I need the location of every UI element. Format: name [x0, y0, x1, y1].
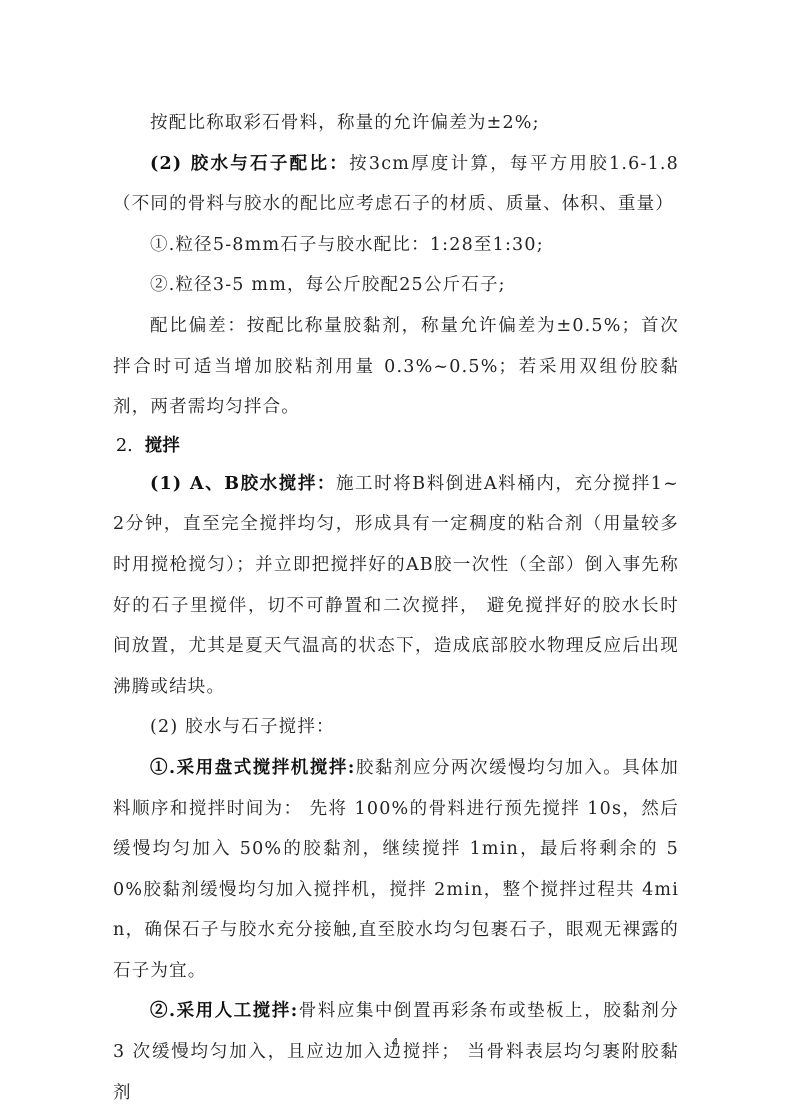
section-heading-mixing: 2.搅拌 [113, 428, 679, 464]
paragraph-ratio-5-8mm: ①.粒径5-8mm石子与胶水配比：1:28至1:30; [113, 225, 679, 266]
paragraph-bold-lead: (1) A、B胶水搅拌： [150, 474, 336, 494]
paragraph-text: 配比偏差：按配比称量胶黏剂，称量允许偏差为±0.5%；首次拌合时可适当增加胶粘剂… [113, 316, 679, 417]
paragraph-bold-lead: ②.采用人工搅拌: [150, 1001, 298, 1021]
paragraph-text: (2) 胶水与石子搅拌： [150, 717, 335, 737]
paragraph-glue-stone-mixing-heading: (2) 胶水与石子搅拌： [113, 707, 679, 748]
paragraph-text: 按配比称取彩石骨料，称量的允许偏差为±2%; [150, 113, 540, 133]
section-title: 搅拌 [145, 436, 180, 456]
paragraph-text: ①.粒径5-8mm石子与胶水配比：1:28至1:30; [150, 235, 544, 255]
paragraph-ratio-deviation: 配比偏差：按配比称量胶黏剂，称量允许偏差为±0.5%；首次拌合时可适当增加胶粘剂… [113, 306, 679, 428]
paragraph-manual-mixing: ②.采用人工搅拌:骨料应集中倒置再彩条布或垫板上，胶黏剂分3 次缓慢均匀加入，且… [113, 991, 679, 1113]
document-page: 按配比称取彩石骨料，称量的允许偏差为±2%; (2) 胶水与石子配比：按3cm厚… [0, 0, 790, 1117]
paragraph-ab-glue-mixing: (1) A、B胶水搅拌：施工时将B料倒进A料桶内，充分搅拌1~2分钟，直至完全搅… [113, 464, 679, 708]
paragraph-weighing-aggregate: 按配比称取彩石骨料，称量的允许偏差为±2%; [113, 103, 679, 144]
paragraph-pan-mixer: ①.采用盘式搅拌机搅拌:胶黏剂应分两次缓慢均匀加入。具体加料顺序和搅拌时间为： … [113, 748, 679, 992]
paragraph-ratio-3-5mm: ②.粒径3-5 mm，每公斤胶配25公斤石子; [113, 265, 679, 306]
paragraph-text: 胶黏剂应分两次缓慢均匀加入。具体加料顺序和搅拌时间为： 先将 100%的骨料进行… [113, 758, 679, 981]
paragraph-text: ②.粒径3-5 mm，每公斤胶配25公斤石子; [150, 275, 506, 295]
page-number: 4 [0, 1036, 790, 1049]
section-number: 2. [116, 436, 133, 456]
page-content: 按配比称取彩石骨料，称量的允许偏差为±2%; (2) 胶水与石子配比：按3cm厚… [113, 103, 679, 1113]
paragraph-text: 施工时将B料倒进A料桶内，充分搅拌1~2分钟，直至完全搅拌均匀，形成具有一定稠度… [113, 474, 679, 697]
paragraph-glue-stone-ratio: (2) 胶水与石子配比：按3cm厚度计算，每平方用胶1.6-1.8（不同的骨料与… [113, 144, 679, 225]
paragraph-bold-lead: (2) 胶水与石子配比： [150, 154, 349, 174]
paragraph-bold-lead: ①.采用盘式搅拌机搅拌: [150, 758, 356, 778]
